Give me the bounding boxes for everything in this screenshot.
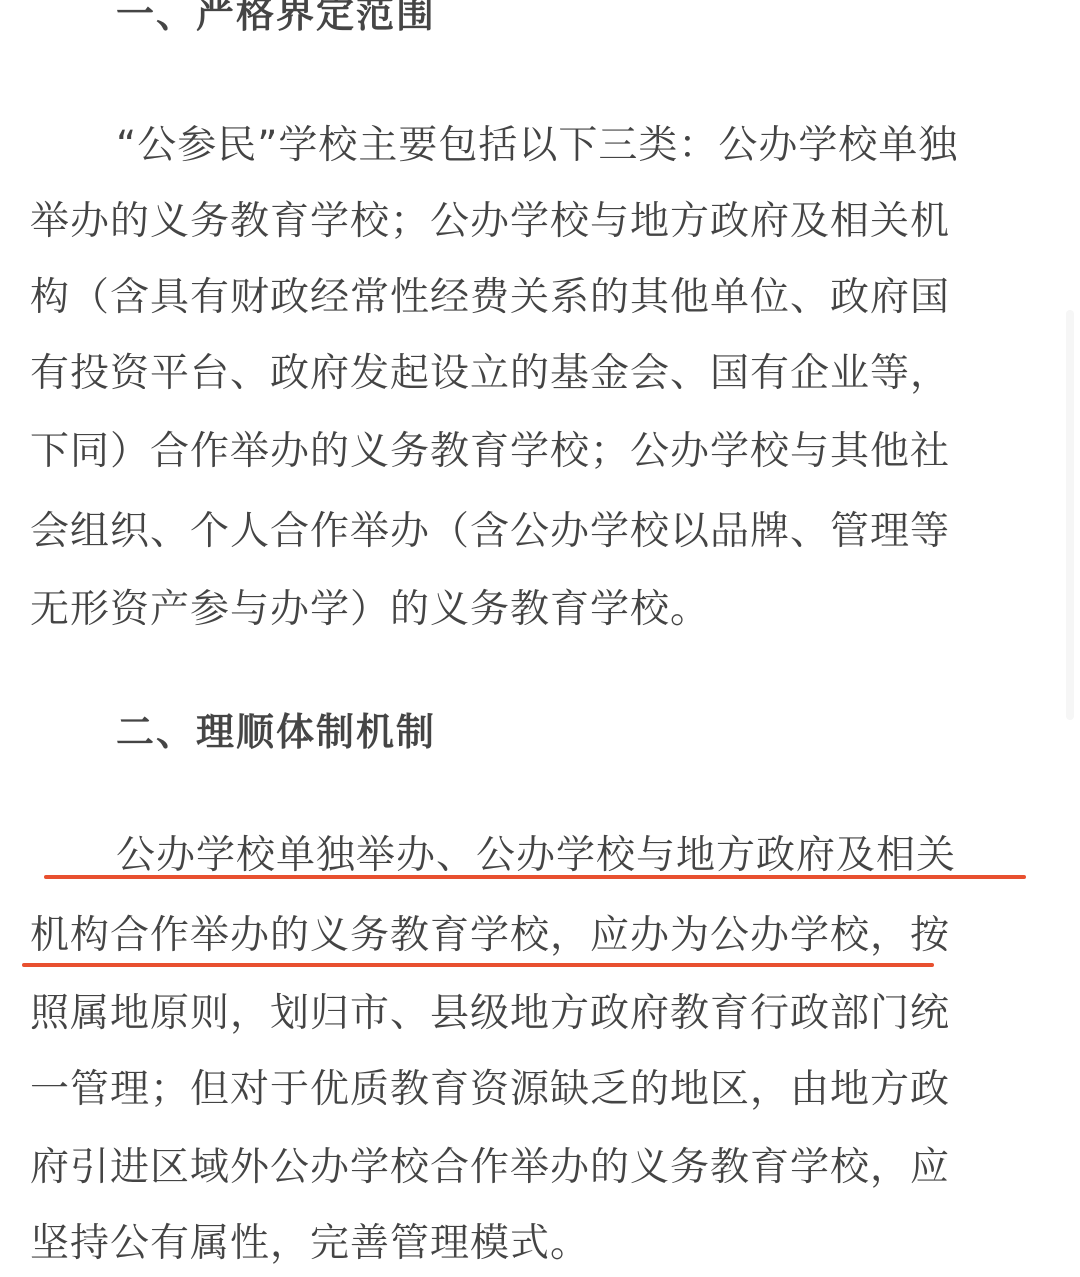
paragraph-line: 会组织、个人合作举办（含公办学校以品牌、管理等: [30, 508, 1040, 556]
paragraph-line: 举办的义务教育学校；公办学校与地方政府及相关机: [30, 198, 1040, 246]
paragraph-line: 有投资平台、政府发起设立的基金会、国有企业等，: [30, 350, 1040, 398]
red-underline-annotation: [44, 875, 1026, 879]
paragraph-line: 构（含具有财政经常性经费关系的其他单位、政府国: [30, 274, 1040, 322]
paragraph-line-highlighted: 公办学校单独举办、公办学校与地方政府及相关: [116, 832, 1036, 880]
document-page: 一、严格界定范围 “公参民”学校主要包括以下三类：公办学校单独 举办的义务教育学…: [0, 0, 1080, 1277]
paragraph-line: 无形资产参与办学）的义务教育学校。: [30, 586, 1040, 634]
scrollbar-thumb[interactable]: [1066, 310, 1074, 720]
section-heading-mechanism: 二、理顺体制机制: [116, 710, 436, 754]
paragraph-line-highlighted: 机构合作举办的义务教育学校，应办为公办学校，按: [30, 912, 1040, 960]
paragraph-line: 一管理；但对于优质教育资源缺乏的地区，由地方政: [30, 1066, 1040, 1114]
paragraph-line: 府引进区域外公办学校合作举办的义务教育学校，应: [30, 1144, 1040, 1192]
paragraph-line: 坚持公有属性，完善管理模式。: [30, 1220, 1040, 1268]
red-underline-annotation: [22, 963, 934, 967]
paragraph-line: 下同）合作举办的义务教育学校；公办学校与其他社: [30, 428, 1040, 476]
paragraph-line: 照属地原则，划归市、县级地方政府教育行政部门统: [30, 990, 1040, 1038]
paragraph-line: “公参民”学校主要包括以下三类：公办学校单独: [116, 122, 1036, 170]
section-heading-scope: 一、严格界定范围: [116, 0, 436, 36]
